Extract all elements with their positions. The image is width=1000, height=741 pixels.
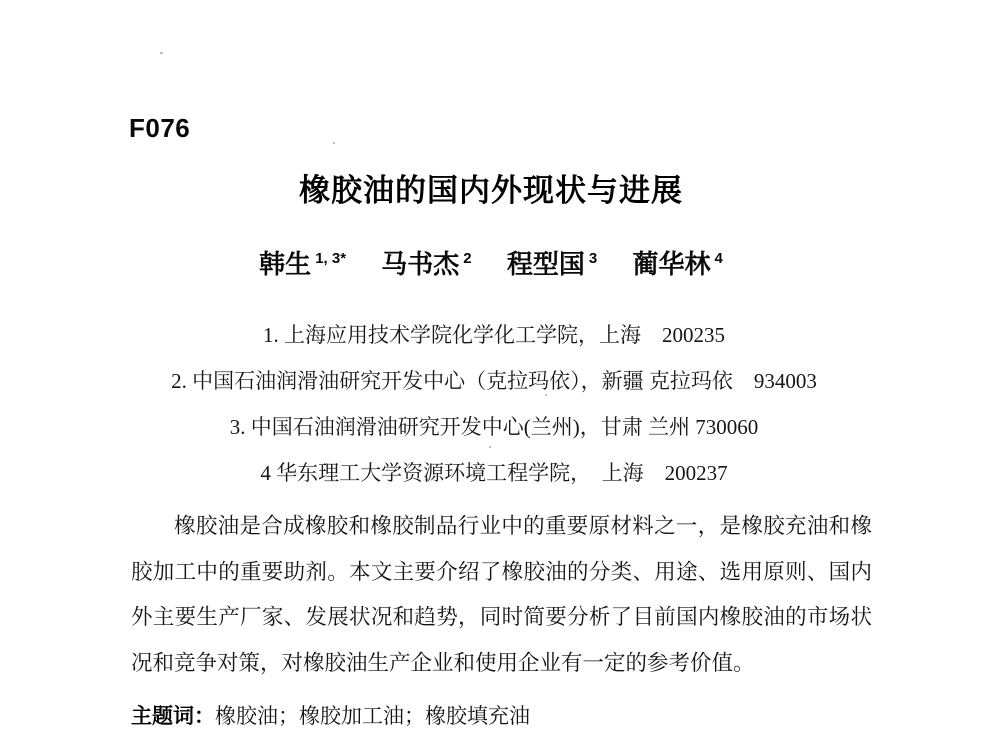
author-2: 马书杰2 [381,249,471,279]
author-1: 韩生1, 3* [259,249,346,279]
scan-speck [545,394,547,396]
author-3-superscript: 3 [589,250,597,267]
keywords-line: 主题词：橡胶油；橡胶加工油；橡胶填充油 [131,700,530,730]
keywords-label: 主题词： [131,705,215,728]
scan-speck [333,142,335,144]
author-1-name: 韩生 [259,249,311,279]
abstract-paragraph: 橡胶油是合成橡胶和橡胶制品行业中的重要原材料之一，是橡胶充油和橡胶加工中的重要助… [131,504,872,686]
affiliation-4: 4 华东理工大学资源环境工程学院， 上海 200237 [0,450,988,496]
author-3: 程型国3 [507,249,597,279]
keywords-value: 橡胶油；橡胶加工油；橡胶填充油 [215,704,530,728]
authors-line: 韩生1, 3* 马书杰2 程型国3 蔺华林4 [0,244,982,281]
author-4: 蔺华林4 [632,249,722,279]
affiliations-block: 1. 上海应用技术学院化学化工学院，上海 200235 2. 中国石油润滑油研究… [0,312,988,496]
scan-speck [160,52,163,54]
author-2-name: 马书杰 [381,249,459,279]
author-1-superscript: 1, 3* [315,250,346,267]
affiliation-2: 2. 中国石油润滑油研究开发中心（克拉玛依），新疆 克拉玛依 934003 [0,358,988,404]
document-page: F076 橡胶油的国内外现状与进展 韩生1, 3* 马书杰2 程型国3 蔺华林4… [0,0,1000,741]
scan-speck [489,446,491,448]
affiliation-1: 1. 上海应用技术学院化学化工学院，上海 200235 [0,312,988,358]
author-3-name: 程型国 [507,249,585,279]
author-2-superscript: 2 [463,250,471,267]
author-4-superscript: 4 [714,250,722,267]
author-4-name: 蔺华林 [632,249,710,279]
paper-title: 橡胶油的国内外现状与进展 [0,165,982,210]
paper-code: F076 [129,113,190,144]
affiliation-3: 3. 中国石油润滑油研究开发中心(兰州)，甘肃 兰州 730060 [0,404,988,450]
